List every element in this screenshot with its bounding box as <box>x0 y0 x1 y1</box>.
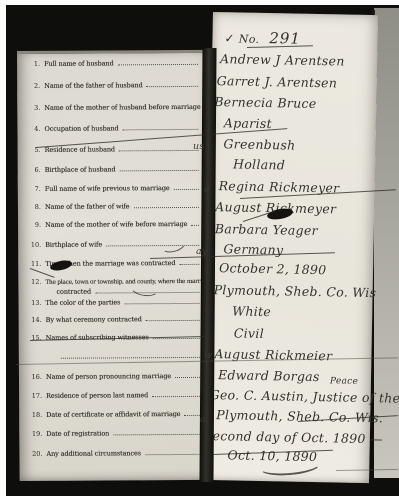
form-row: 2.Name of the father of husband <box>25 78 200 90</box>
form-row: 18.Date of certificate or affidavit of m… <box>27 407 202 419</box>
answer-certificate-date: second day of Oct. 1890 — <box>206 428 383 446</box>
answer-husband-father: Garret J. Arentsen <box>217 73 338 90</box>
row-number: 7. <box>26 185 41 193</box>
dotted-leader <box>145 454 200 455</box>
answer-color: White <box>232 303 271 319</box>
fold-fragment: a. <box>200 414 209 425</box>
row-number: 13. <box>27 299 42 307</box>
row-label: Name of person pronouncing marriage <box>46 372 171 381</box>
answer-husband-birthplace: Holland <box>233 156 285 172</box>
dotted-leader <box>120 170 199 171</box>
answer-ceremony: Civil <box>234 325 264 341</box>
row-label: Occupation of husband <box>44 124 118 132</box>
form-row: 16.Name of person pronouncing marriage <box>27 369 202 381</box>
scan-margin <box>0 0 399 5</box>
row-label: Residence of person last named <box>46 391 148 400</box>
dotted-leader <box>179 264 199 265</box>
row-number: 4. <box>25 125 40 133</box>
form-row: 19.Date of registration <box>27 426 202 438</box>
form-row: 5.Residence of husband <box>26 142 201 154</box>
dotted-leader <box>153 338 200 339</box>
row-label: Birthplace of wife <box>45 240 102 248</box>
record-number-line: ✓No.291 <box>224 28 301 47</box>
fold-fragment: us <box>193 141 205 152</box>
answer-marriage-place: Plymouth, Sheb. Co. Wis <box>214 282 377 300</box>
dotted-leader <box>175 377 200 378</box>
row-number: 11. <box>26 260 41 268</box>
dotted-leader <box>191 225 199 226</box>
dotted-leader <box>124 303 199 304</box>
form-row: 7.Full name of wife previous to marriage <box>26 181 201 193</box>
row-label: contracted <box>56 288 91 296</box>
row-number: 17. <box>27 392 42 400</box>
form-row: 8.Name of the father of wife <box>26 199 201 211</box>
scanned-marriage-record: 1.Full name of husband 2.Name of the fat… <box>0 0 399 500</box>
row-number: 18. <box>27 411 42 419</box>
answer-husband-name: Andrew J Arentsen <box>220 51 345 68</box>
answer-officiant: Geo. C. Austin, Justice of the <box>210 387 399 406</box>
row-number: 16. <box>27 373 42 381</box>
row-label: Full name of husband <box>44 59 114 67</box>
dotted-leader <box>146 320 200 321</box>
answer-peace-word: Peace <box>330 376 358 387</box>
row-number: 1. <box>25 60 40 68</box>
row-label: The color of the parties <box>46 298 121 306</box>
row-number: 9. <box>26 221 41 229</box>
form-row: 9.Name of the mother of wife before marr… <box>26 217 201 229</box>
row-number: 6. <box>26 166 41 174</box>
answer-marriage-date: October 2, 1890 <box>219 260 327 277</box>
dotted-leader <box>118 64 198 65</box>
form-row: 13.The color of the parties <box>26 295 201 307</box>
row-label: Date of registration <box>46 429 109 437</box>
form-row: 4.Occupation of husband <box>25 121 200 133</box>
dotted-leader <box>61 357 200 359</box>
dotted-leader <box>174 189 199 190</box>
row-number: 20. <box>27 450 42 458</box>
scan-margin <box>0 496 399 500</box>
answer-officiant-residence: Plymouth, Sheb. Co. Wis. <box>216 407 383 425</box>
answer-residence: Greenbush <box>223 136 295 152</box>
form-row: 14.By what ceremony contracted <box>27 312 202 324</box>
row-label: Name of the father of wife <box>45 202 130 211</box>
printed-form-page: 1.Full name of husband 2.Name of the fat… <box>17 50 208 481</box>
row-label: Residence of husband <box>45 145 115 153</box>
row-number: 19. <box>27 430 42 438</box>
dotted-leader <box>113 434 200 436</box>
form-row: 6.Birthplace of husband <box>26 162 201 174</box>
fold-fragment: e <box>204 184 210 195</box>
row-number: 8. <box>26 203 41 211</box>
dotted-leader <box>106 245 199 247</box>
row-label: Full name of wife previous to marriage <box>45 184 170 193</box>
form-row: 3.Name of the mother of husband before m… <box>25 100 200 112</box>
row-number: 14. <box>27 316 42 324</box>
form-row: 1.Full name of husband <box>25 56 200 68</box>
dotted-leader <box>123 129 199 130</box>
row-label: Name of the father of husband <box>44 81 142 90</box>
answer-witness-2: Edward Borgas <box>218 367 320 384</box>
row-number: 2. <box>25 82 40 90</box>
dotted-leader <box>147 86 199 87</box>
dotted-leader <box>152 396 200 397</box>
row-label: Name of the mother of wife before marria… <box>45 220 187 229</box>
answer-husband-mother: Bernecia Bruce <box>214 94 317 111</box>
dotted-leader <box>133 207 198 208</box>
row-label: By what ceremony contracted <box>46 315 142 324</box>
form-row: 17.Residence of person last named <box>27 388 202 400</box>
row-label: Name of the mother of husband before mar… <box>44 103 200 112</box>
dotted-leader <box>119 150 199 151</box>
scan-margin <box>0 0 6 500</box>
row-label: Birthplace of husband <box>45 165 116 173</box>
form-row: 20.Any additional circumstances <box>27 446 202 458</box>
row-label: Any additional circumstances <box>46 449 141 458</box>
scanner-bed-strip <box>374 8 399 478</box>
checkmark-icon: ✓ <box>224 31 235 45</box>
answer-wife-mother: Barbara Yeager <box>215 221 318 238</box>
blank-witness-line <box>27 349 202 361</box>
no-label: No. <box>239 33 260 46</box>
row-label: Date of certificate or affidavit of marr… <box>46 410 180 419</box>
handwritten-answer-page: ✓No.291 Andrew J Arentsen Garret J. Aren… <box>204 12 378 483</box>
dotted-leader <box>185 415 201 416</box>
fold-fragment: w <box>204 350 212 361</box>
row-number: 3. <box>25 104 40 112</box>
row-number: 10. <box>26 241 41 249</box>
